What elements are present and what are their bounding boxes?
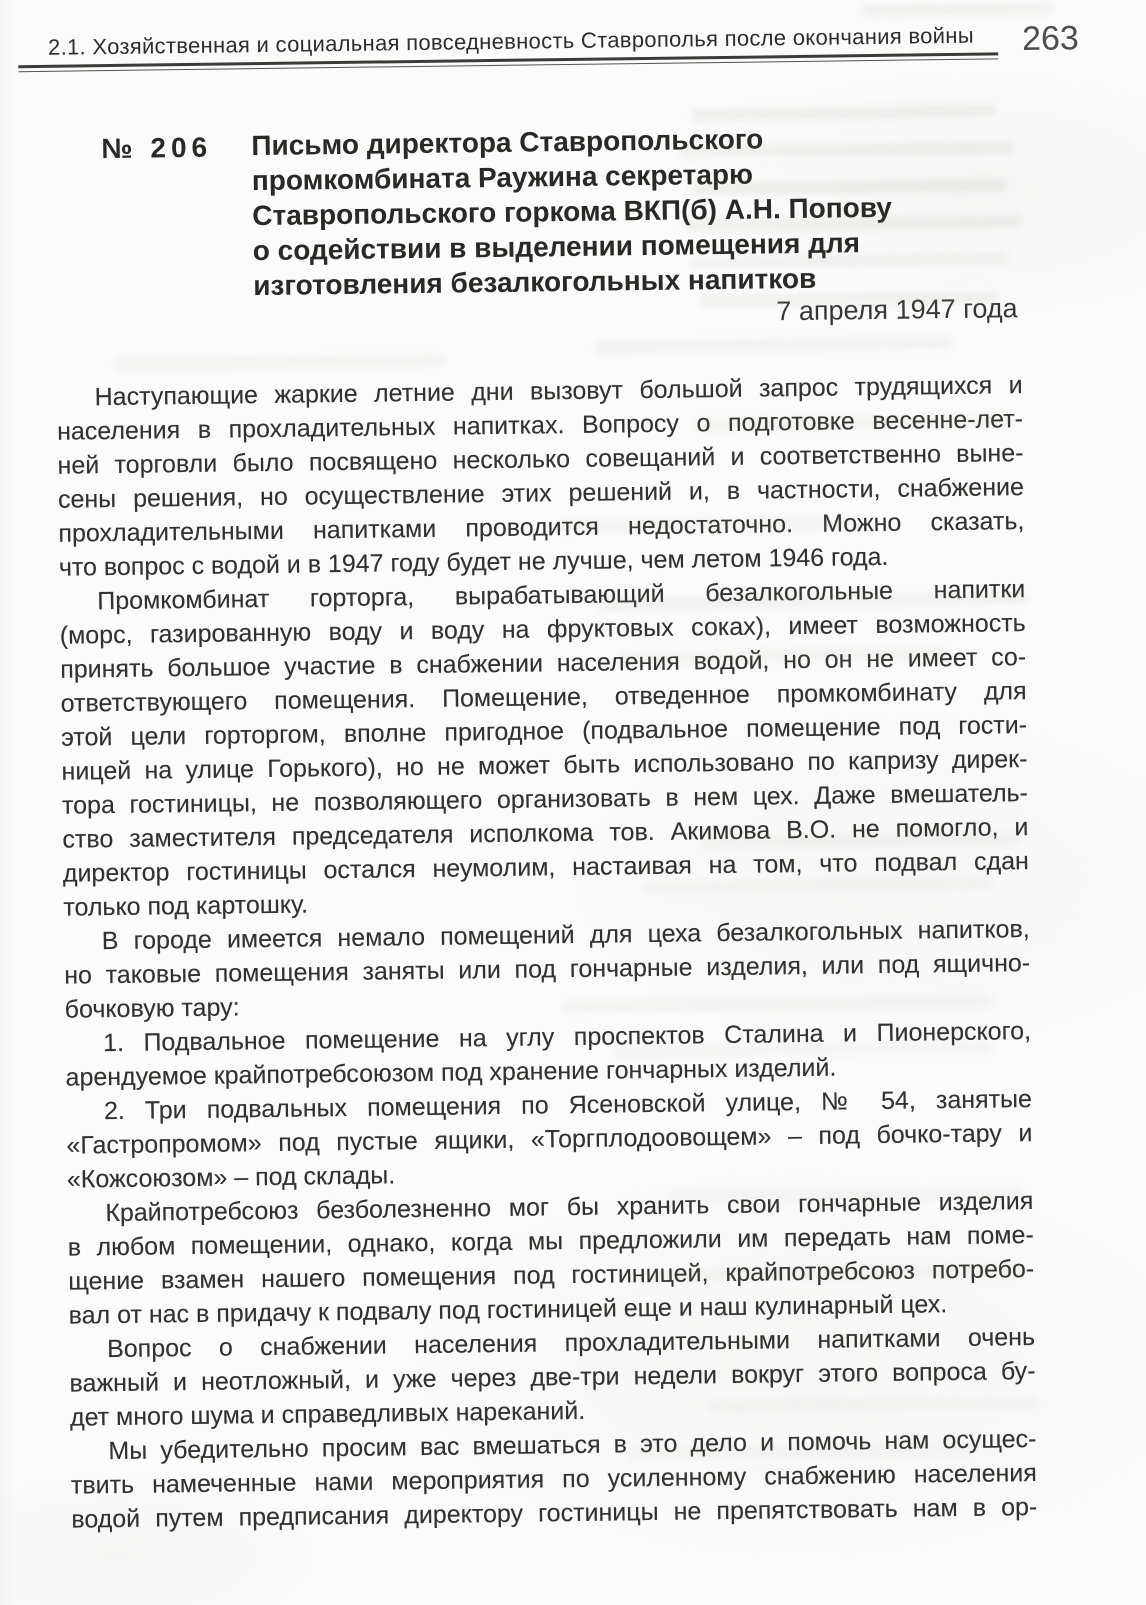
paragraph: Крайпотребсоюз безболезненно мог бы хран… [67,1184,1035,1333]
scanned-book-page: 2.1. Хозяйственная и социальная повседне… [0,0,1146,1605]
paragraph: Вопрос о снабжении населения прохладител… [69,1320,1036,1435]
bleedthrough-smudge [594,336,954,354]
paragraph: Промкомбинат горторга, вырабатывающий бе… [59,572,1029,925]
bleedthrough-smudge [114,354,444,371]
bleedthrough-smudge [862,2,1052,17]
paragraph: В городе имеется немало помещений для це… [64,912,1031,1027]
document-date: 7 апреля 1947 года [593,293,1017,330]
document-number: № 206 [101,132,212,165]
paragraph: Мы убедительно просим вас вмешаться в эт… [70,1422,1037,1537]
page-number: 263 [1022,19,1079,59]
document-title: Письмо директора Ставропольскогопромкомб… [251,119,953,303]
paragraph: Наступающие жаркие летние дни вызовут бо… [56,368,1025,585]
paragraph: 1. Подвальное помещение на углу проспект… [65,1014,1032,1095]
page-content: 2.1. Хозяйственная и социальная повседне… [0,0,1146,1605]
paragraph: 2. Три подвальных помещения по Ясеновско… [66,1082,1033,1197]
document-body: Наступающие жаркие летние дни вызовут бо… [56,368,1037,1537]
